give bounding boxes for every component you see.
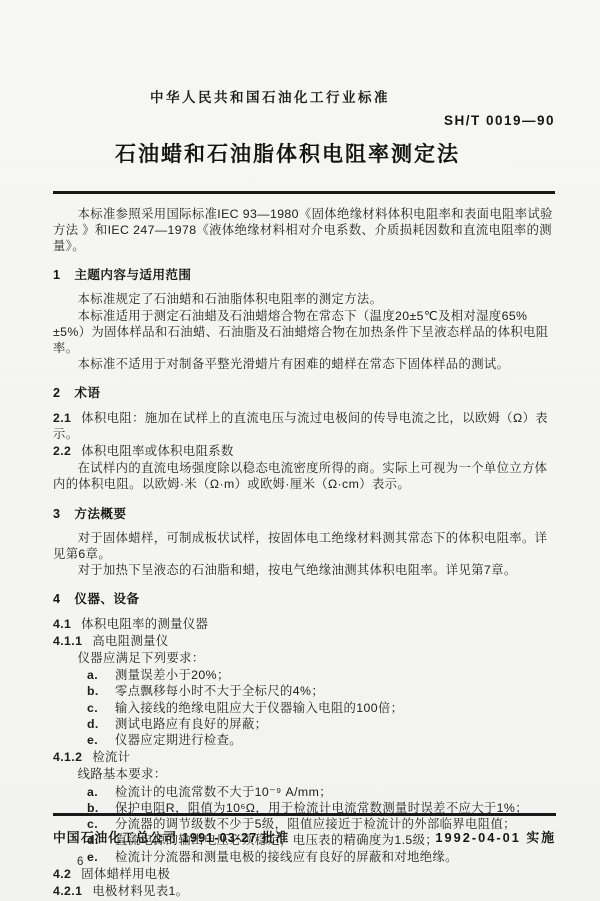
section-1-paragraph: 本标准适用于测定石油蜡及石油蜡熔合物在常态下（温度20±5℃及相对湿度65%±5… [53, 308, 555, 357]
clause-4-1-2-intro: 线路基本要求： [53, 766, 555, 782]
section-1-heading: 1主题内容与适用范围 [53, 267, 555, 283]
clause-4-2-1: 4.2.1电极材料见表1。 [53, 883, 555, 899]
section-2-heading: 2术语 [53, 385, 555, 401]
section-4-title: 仪器、设备 [74, 592, 139, 606]
section-1-paragraph: 本标准规定了石油蜡和石油脂体积电阻率的测定方法。 [53, 291, 555, 307]
section-4-number: 4 [53, 592, 60, 606]
list-item: a.测量误差小于20%； [53, 667, 555, 683]
clause-2-2-paragraph: 在试样内的直流电场强度除以稳态电流密度所得的商。实际上可视为一个单位立方体内的体… [53, 460, 555, 492]
section-2-title: 术语 [74, 386, 100, 400]
footer-divider-rule [53, 813, 556, 816]
list-item-text: 零点飘移每小时不大于全标尺的4%； [115, 683, 555, 699]
document-page: 中华人民共和国石油化工行业标准 SH/T 0019—90 石油蜡和石油脂体积电阻… [0, 0, 600, 901]
list-item-text: 测量误差小于20%； [115, 667, 555, 683]
clause-4-1-number: 4.1 [53, 617, 71, 631]
list-item-text: 检流计的电流常数不大于10⁻⁹ A/mm； [115, 784, 555, 800]
clause-4-1-2-number: 4.1.2 [53, 750, 82, 764]
section-3-paragraph: 对于固体蜡样，可制成板状试样，按固体电工绝缘材料测其常态下的体积电阻率。详见第6… [53, 530, 555, 562]
section-1-title: 主题内容与适用范围 [74, 268, 191, 282]
list-item-label: a. [87, 784, 115, 800]
header-divider-rule [53, 191, 555, 194]
section-3-heading: 3方法概要 [53, 506, 555, 522]
implementation-notice: 1992-04-01 实施 [435, 827, 556, 846]
list-item: e.仪器应定期进行检查。 [53, 732, 555, 748]
section-2-number: 2 [53, 386, 60, 400]
clause-4-1-1-number: 4.1.1 [53, 634, 82, 648]
clause-4-2-1-number: 4.2.1 [53, 884, 82, 898]
clause-2-2: 2.2体积电阻率或体积电阻系数 [53, 443, 555, 459]
list-item-label: b. [87, 683, 115, 699]
clause-4-1-1-intro: 仪器应满足下列要求： [53, 650, 555, 666]
clause-4-2-number: 4.2 [53, 867, 71, 881]
section-1-paragraph: 本标准不适用于对制备平整光滑蜡片有困难的蜡样在常态下固体样品的测试。 [53, 356, 555, 372]
clause-4-1-2: 4.1.2检流计 [53, 749, 555, 765]
page-number: 6 [77, 856, 556, 868]
list-item-text: 测试电路应有良好的屏蔽； [115, 716, 555, 732]
clause-2-2-number: 2.2 [53, 444, 71, 458]
section-3-number: 3 [53, 507, 60, 521]
list-item: d.测试电路应有良好的屏蔽； [53, 716, 555, 732]
clause-4-1: 4.1体积电阻率的测量仪器 [53, 616, 555, 632]
list-item-text: 仪器应定期进行检查。 [115, 732, 555, 748]
clause-4-1-text: 体积电阻率的测量仪器 [81, 617, 208, 631]
list-item: c.输入接线的绝缘电阻应大于仪器输入电阻的100倍； [53, 700, 555, 716]
section-3-title: 方法概要 [74, 507, 126, 521]
clause-2-2-text: 体积电阻率或体积电阻系数 [81, 444, 233, 458]
section-1-number: 1 [53, 268, 60, 282]
clause-4-2-text: 固体蜡样用电极 [81, 867, 170, 881]
clause-4-2-1-text: 电极材料见表1。 [92, 884, 188, 898]
list-item: a.检流计的电流常数不大于10⁻⁹ A/mm； [53, 784, 555, 800]
list-item: b.零点飘移每小时不大于全标尺的4%； [53, 683, 555, 699]
standard-org-line: 中华人民共和国石油化工行业标准 [150, 86, 555, 106]
section-4-heading: 4仪器、设备 [53, 591, 555, 607]
clause-2-1-text: 体积电阻：施加在试样上的直流电压与流过电极间的传导电流之比，以欧姆（Ω）表示。 [53, 411, 548, 441]
list-item-text: 输入接线的绝缘电阻应大于仪器输入电阻的100倍； [115, 700, 555, 716]
list-item-label: d. [87, 716, 115, 732]
list-item-label: c. [87, 700, 115, 716]
clause-4-2: 4.2固体蜡样用电极 [53, 866, 555, 882]
list-item-label: a. [87, 667, 115, 683]
document-body: 本标准参照采用国际标准IEC 93—1980《固体绝缘材料体积电阻率和表面电阻率… [53, 206, 555, 900]
standard-number: SH/T 0019—90 [53, 113, 555, 128]
list-item-label: e. [87, 732, 115, 748]
clause-4-1-2-text: 检流计 [92, 750, 130, 764]
section-3-paragraph: 对于加热下呈液态的石油脂和蜡，按电气绝缘油测其体积电阻率。详见第7章。 [53, 562, 555, 578]
clause-4-1-1: 4.1.1高电阻测量仪 [53, 633, 555, 649]
preamble-paragraph: 本标准参照采用国际标准IEC 93—1980《固体绝缘材料体积电阻率和表面电阻率… [53, 206, 555, 255]
clause-2-1: 2.1体积电阻：施加在试样上的直流电压与流过电极间的传导电流之比，以欧姆（Ω）表… [53, 410, 555, 442]
page-footer: 中国石油化工总公司 1991-03-27 批准 1992-04-01 实施 6 [53, 813, 556, 868]
clause-4-1-1-text: 高电阻测量仪 [92, 634, 168, 648]
approval-notice: 中国石油化工总公司 1991-03-27 批准 [53, 827, 289, 846]
clause-2-1-number: 2.1 [53, 411, 71, 425]
document-title: 石油蜡和石油脂体积电阻率测定法 [115, 138, 555, 168]
clause-4-1-1-list: a.测量误差小于20%； b.零点飘移每小时不大于全标尺的4%； c.输入接线的… [53, 667, 555, 748]
